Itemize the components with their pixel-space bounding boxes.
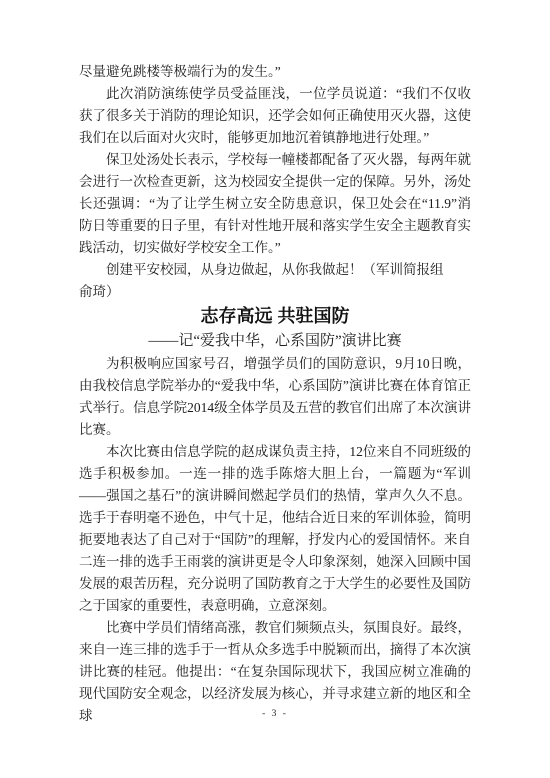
page-number: - 3 - [0, 709, 550, 719]
paragraph: 本次比赛由信息学院的赵成谋负责主持，12位来自不同班级的选手积极参加。一连一排的… [79, 441, 471, 617]
document-page: { "page": { "paragraphs": [ { "style": "… [0, 0, 550, 778]
paragraph: 此次消防演练使学员受益匪浅，一位学员说道：“我们不仅收获了很多关于消防的理论知识… [79, 83, 471, 149]
paragraph: 保卫处汤处长表示，学校每一幢楼都配备了灭火器，每两年就会进行一次检查更新，这为校… [79, 149, 471, 259]
paragraph: 俞琦） [79, 281, 471, 303]
paragraph: 尽量避免跳楼等极端行为的发生。” [79, 61, 471, 83]
article-title: 志存高远 共驻国防 [79, 303, 471, 329]
paragraph: 为积极响应国家号召，增强学员们的国防意识，9月10日晚，由我校信息学院举办的“爱… [79, 353, 471, 441]
article-text-block: 尽量避免跳楼等极端行为的发生。”此次消防演练使学员受益匪浅，一位学员说道：“我们… [79, 61, 471, 727]
article-subtitle: ——记“爱我中华，心系国防”演讲比赛 [79, 329, 471, 353]
paragraph: 创建平安校园，从身边做起，从你我做起！（军训简报组 [79, 259, 471, 281]
